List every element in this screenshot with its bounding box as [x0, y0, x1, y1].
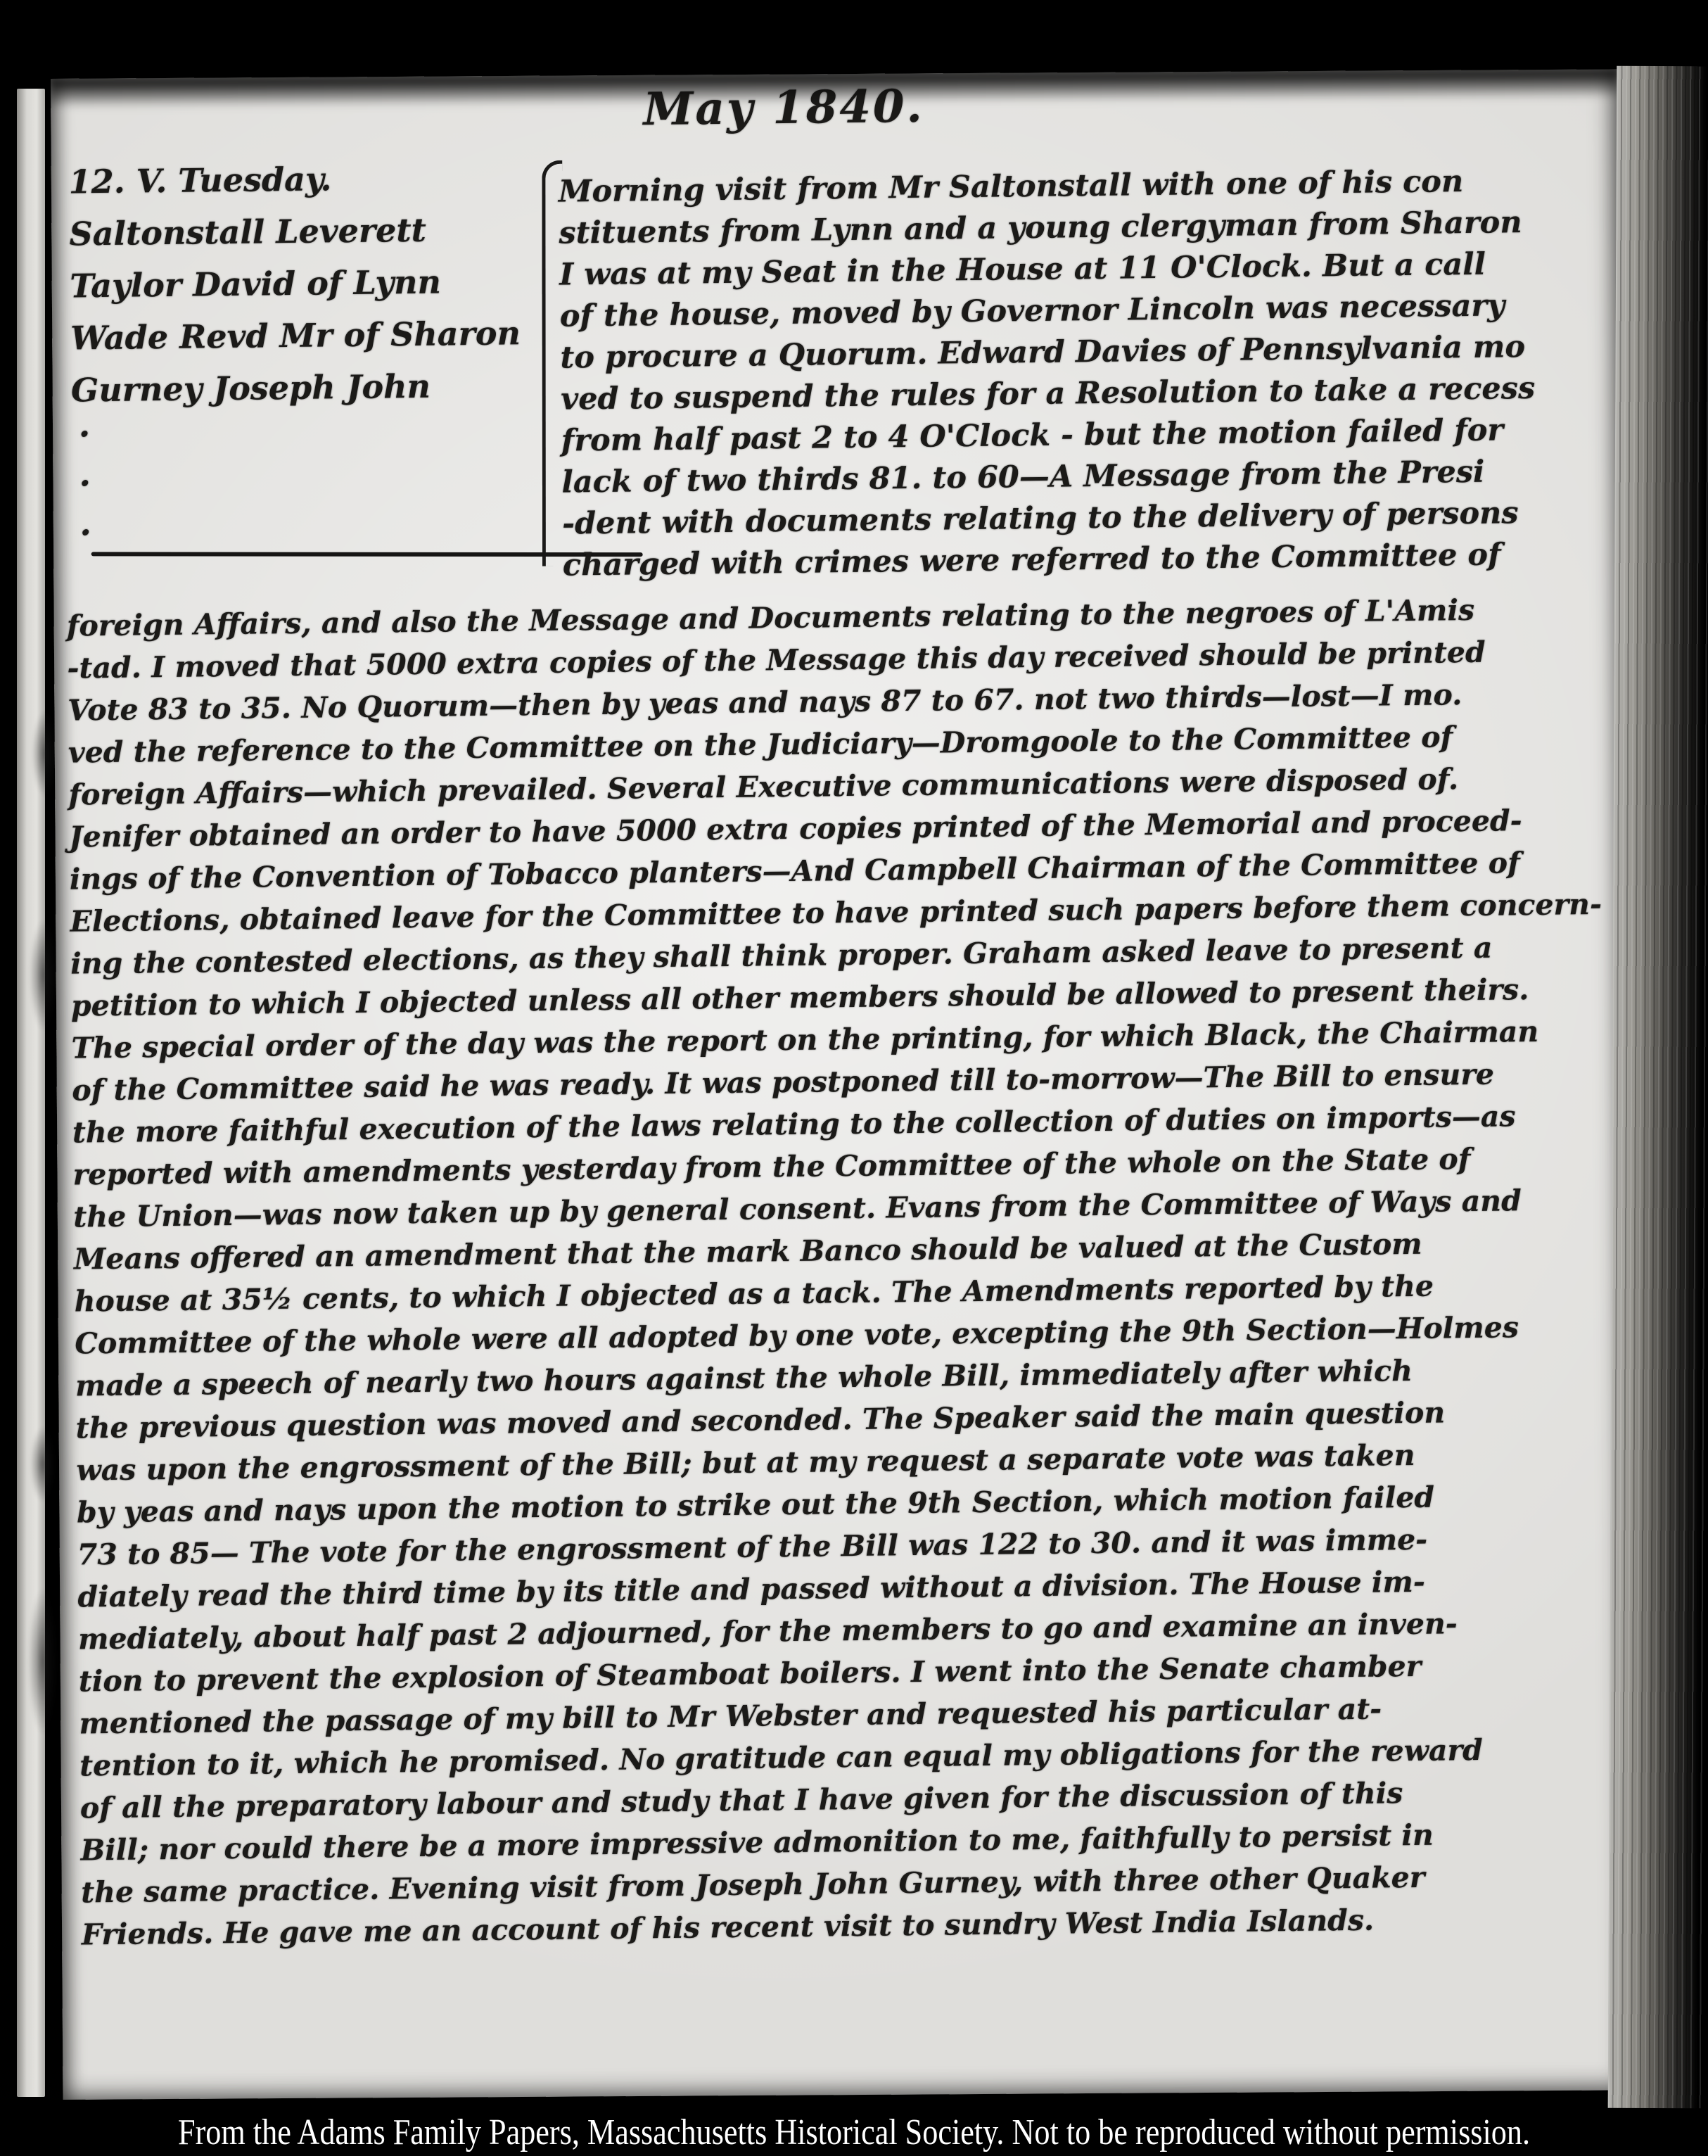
entry-indented-text: Morning visit from Mr Saltonstall with o…: [559, 160, 1538, 587]
margin-dot: .: [78, 400, 91, 450]
entry-full-text: foreign Affairs, and also the Message an…: [66, 588, 1626, 1956]
margin-dot: .: [79, 450, 91, 499]
margin-index-line: 12. V. Tuesday.: [68, 151, 519, 208]
book-binding-edge: [1608, 66, 1708, 2109]
ink-bleed-smudge: [25, 1412, 60, 1517]
margin-dots: ...: [78, 400, 91, 548]
diary-page-content: May 1840. 12. V. Tuesday.Saltonstall Lev…: [46, 65, 1636, 2104]
adjacent-page-edge: [17, 89, 45, 2097]
ink-bleed-smudge: [23, 1559, 63, 1763]
margin-index-line: Wade Revd Mr of Sharon: [70, 307, 521, 364]
margin-index: 12. V. Tuesday.Saltonstall LeverettTaylo…: [68, 151, 521, 416]
margin-index-line: Saltonstall Leverett: [69, 203, 520, 260]
margin-dot: .: [79, 499, 92, 548]
margin-index-line: Gurney Joseph John: [71, 359, 522, 416]
scanned-diary-photograph: May 1840. 12. V. Tuesday.Saltonstall Lev…: [0, 0, 1708, 2156]
footer-caption: From the Adams Family Papers, Massachuse…: [178, 2112, 1530, 2153]
diary-page: May 1840. 12. V. Tuesday.Saltonstall Lev…: [51, 69, 1631, 2100]
margin-index-line: Taylor David of Lynn: [70, 255, 521, 312]
margin-divider-rule: [91, 552, 643, 557]
